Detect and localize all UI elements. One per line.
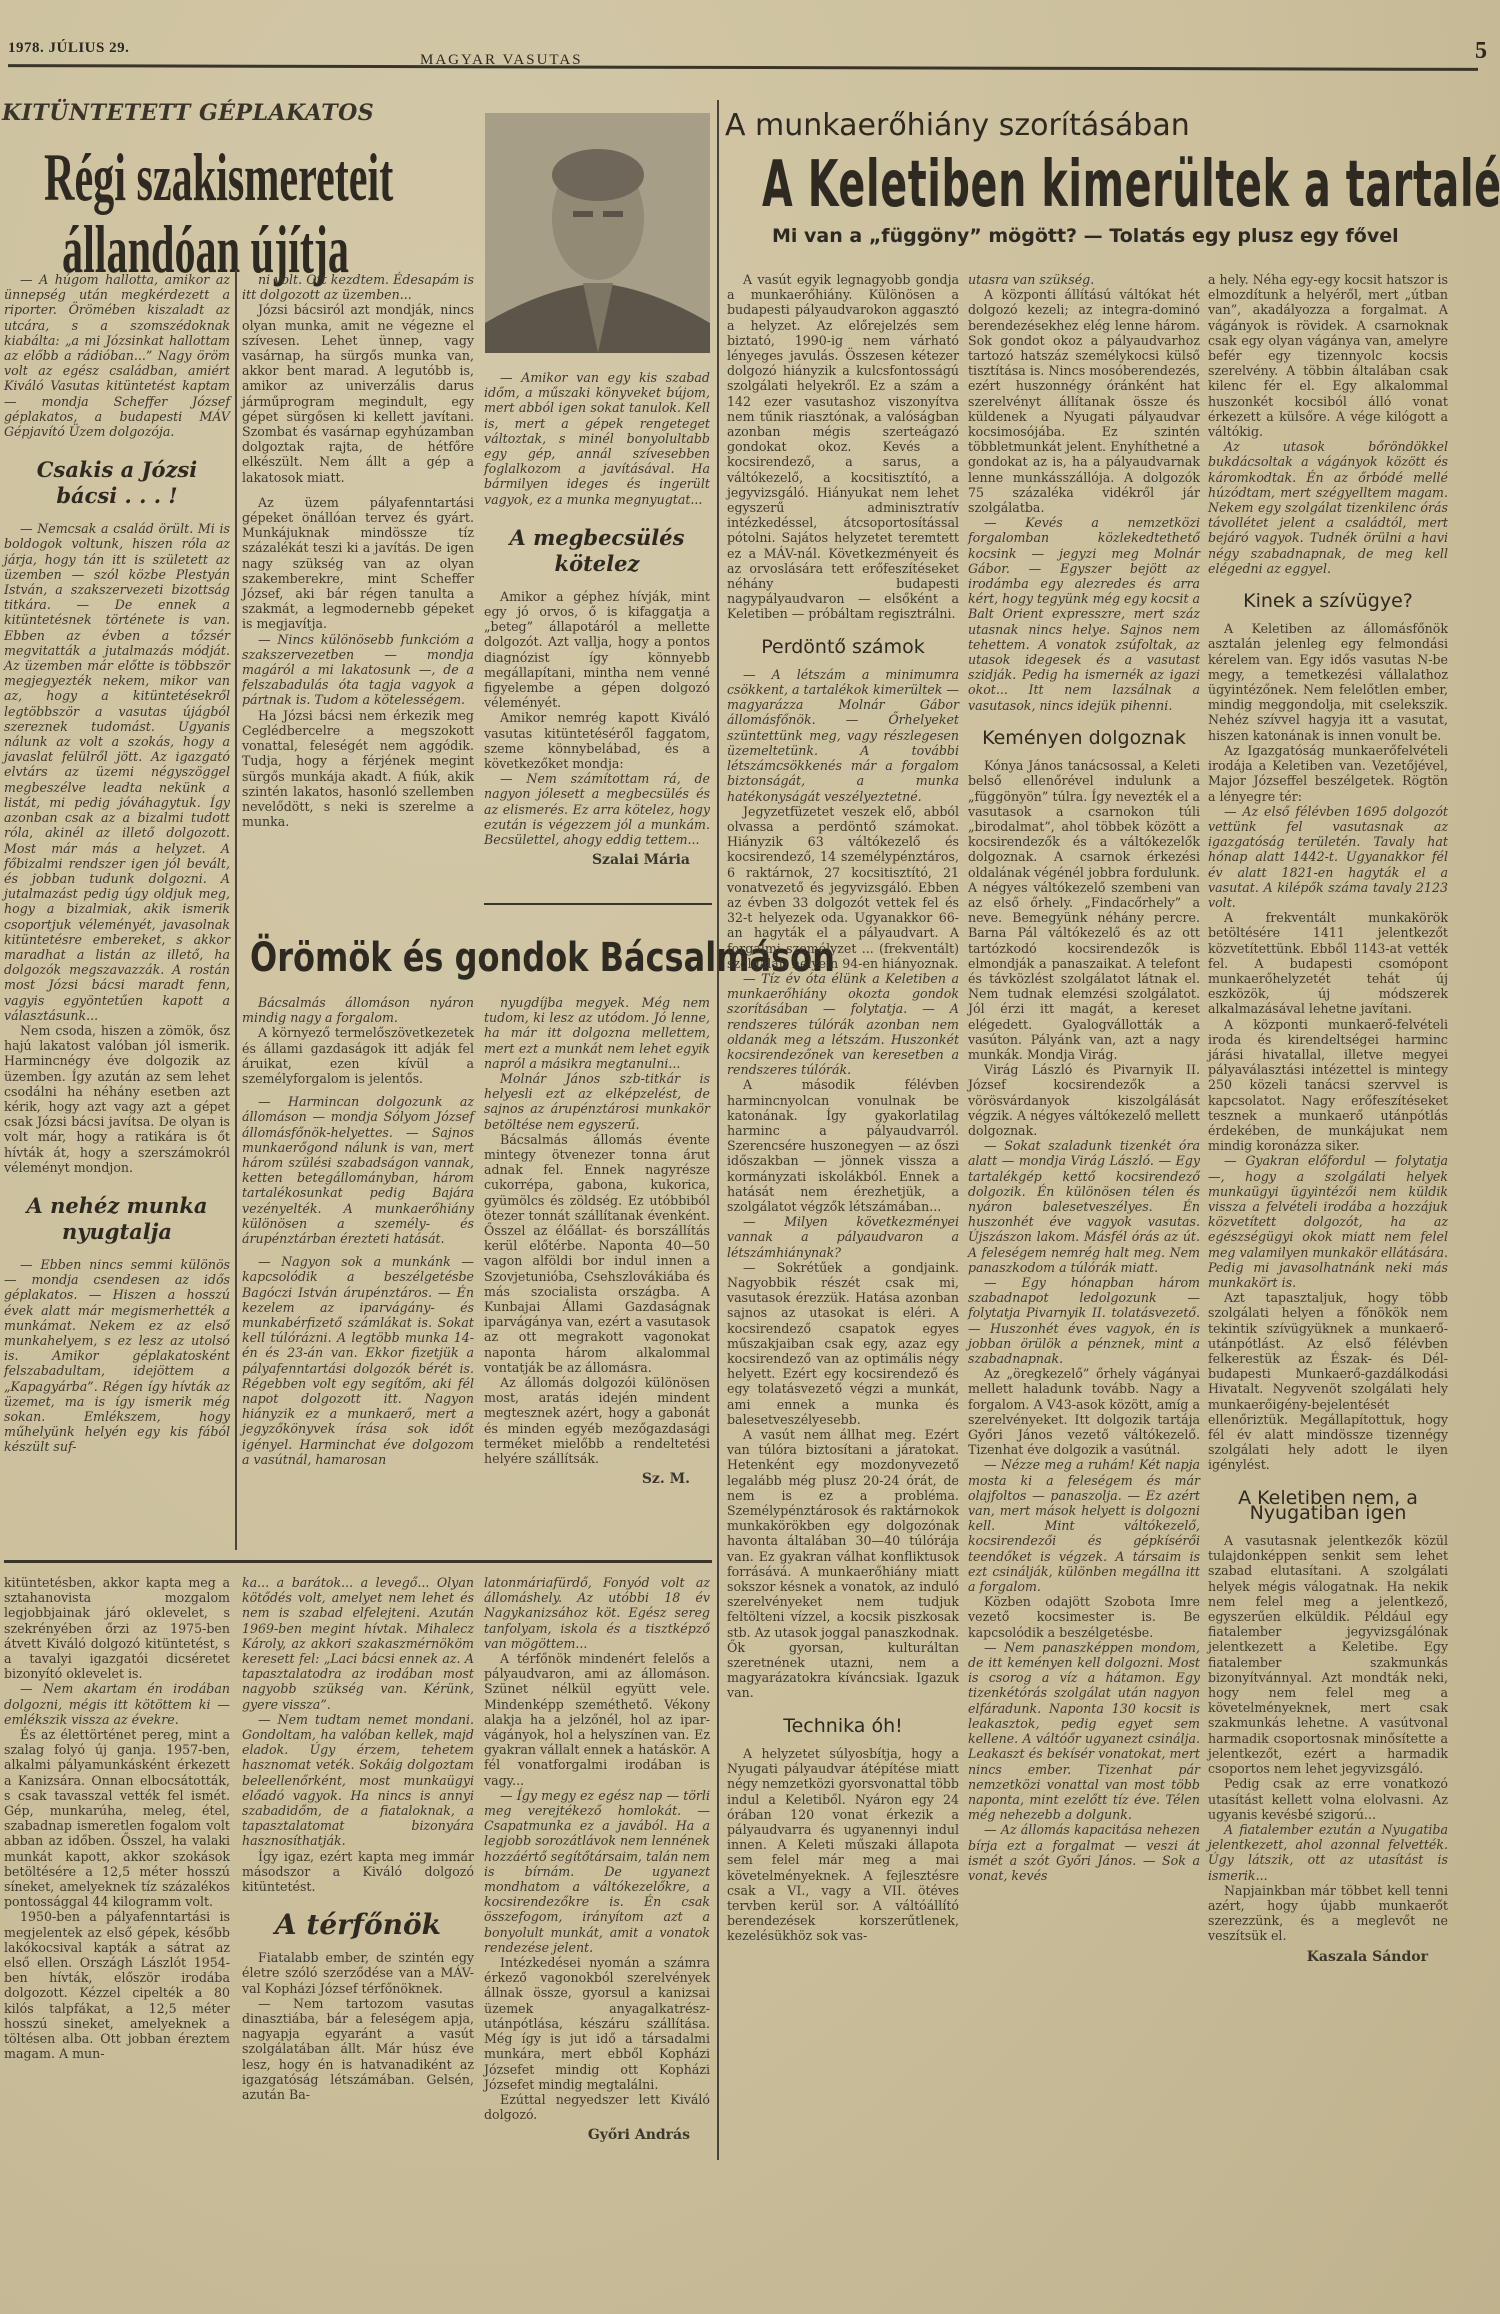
paragraph: Az utasok bőröndökkel bukdácsoltak a vág… <box>1208 439 1448 576</box>
article3-kicker: A munkaerőhiány szorításában <box>725 108 1190 143</box>
paragraph: Így igaz, ezért kapta meg immár másodszo… <box>242 1849 474 1895</box>
paragraph: Kónya János tanácsossal, a Keleti belső … <box>968 758 1200 1062</box>
article2-column1: Bácsalmás állomáson nyáron mindig nagy a… <box>242 995 474 1467</box>
article3-column1: A vasút egyik legnagyobb gondja a munkae… <box>727 272 959 1944</box>
paragraph: utasra van szükség. <box>968 272 1200 287</box>
paragraph: ni volt. Ott kezdtem. Édesapám is itt do… <box>242 272 474 302</box>
article3-column2: utasra van szükség. A központi állítású … <box>968 272 1200 1883</box>
paragraph: — Nemcsak a család örült. Mi is boldogok… <box>4 521 230 1023</box>
article2-column2: nyugdíjba megyek. Még nem tudom, ki lesz… <box>484 995 710 1488</box>
article1-column3: — Amikor van egy kis szabad időm, a műsz… <box>484 370 710 868</box>
paragraph: A második félévben harmincnyolcan vonuln… <box>727 1077 959 1214</box>
article1-byline: Szalai Mária <box>484 853 710 868</box>
article3-subtitle: Mi van a „függöny” mögött? — Tolatás egy… <box>772 225 1399 247</box>
paragraph: — Nagyon sok a munkánk — kapcsolódik a b… <box>242 1254 474 1467</box>
paragraph: nyugdíjba megyek. Még nem tudom, ki lesz… <box>484 995 710 1071</box>
paragraph: A vasút nem állhat meg. Ezért van túlóra… <box>727 1427 959 1701</box>
article2-byline: Sz. M. <box>484 1472 710 1487</box>
paragraph: — Harmincan dolgozunk az állomáson — mon… <box>242 1094 474 1246</box>
paragraph: ka... a barátok... a levegő... Olyan köt… <box>242 1575 474 1712</box>
paragraph: — Sokrétűek a gondjaink. Nagyobbik részé… <box>727 1260 959 1427</box>
paragraph: — Kevés a nemzetközi forgalomban közleke… <box>968 515 1200 713</box>
paragraph: Nem csoda, hiszen a zömök, ősz hajú laka… <box>4 1023 230 1175</box>
paragraph: Bácsalmás állomás évente mintegy ötvenez… <box>484 1132 710 1375</box>
paragraph: — Így megy ez egész nap — törli meg vere… <box>484 1788 710 1955</box>
portrait-icon <box>485 113 710 353</box>
paragraph: latonmáriafürdő, Fonyód volt az állomásh… <box>484 1575 710 1651</box>
article1-cont-column1: kitüntetésben, akkor kapta meg a sztahan… <box>4 1575 230 2062</box>
paragraph: — Ebben nincs semmi különös — mondja cse… <box>4 1257 230 1455</box>
paragraph: És az élettörténet pereg, mint a szalag … <box>4 1727 230 1909</box>
paragraph: A helyzetet súlyosbítja, hogy a Nyugati … <box>727 1746 959 1944</box>
paragraph: Amikor a géphez hívják, mint egy jó orvo… <box>484 589 710 711</box>
paragraph: Az üzem pályafenntartási gépeket önállóa… <box>242 495 474 632</box>
paragraph: 1950-ben a pályafenntartási is megjelent… <box>4 1909 230 2061</box>
paragraph: A frekventált munkakörök betöltésére 141… <box>1208 910 1448 1016</box>
paragraph: — Milyen következményei vannak a pályaud… <box>727 1214 959 1260</box>
paragraph: A Keletiben az állomásfőnök asztalán jel… <box>1208 621 1448 743</box>
paragraph: A vasutasnak jelentkezők közül tulajdonk… <box>1208 1533 1448 1776</box>
article1-subheading-csakis: Csakis a Józsi bácsi . . . ! <box>4 457 230 509</box>
paragraph: Jegyzetfüzetet veszek elő, abból olvassa… <box>727 804 959 971</box>
paragraph: A központi állítású váltókat hét dolgozó… <box>968 287 1200 515</box>
paragraph: a hely. Néha egy-egy kocsit hatszor is e… <box>1208 272 1448 439</box>
paragraph: — Sokat szaladunk tizenkét óra alatt — m… <box>968 1138 1200 1275</box>
paragraph: A fiatalember ezután a Nyugatiba jelentk… <box>1208 1822 1448 1883</box>
column-rule <box>717 100 719 2160</box>
paragraph: Napjainkban már többet kell tenni azért,… <box>1208 1883 1448 1944</box>
article1-title-line1: Régi szakismereteit <box>44 140 393 214</box>
paragraph: Józsi bácsiról azt mondják, nincs olyan … <box>242 302 474 484</box>
article3-subheading-perdonto: Perdöntő számok <box>727 640 959 655</box>
article1-cont-byline: Győri András <box>484 2128 710 2143</box>
paragraph: Molnár János szb-titkár is helyesli ezt … <box>484 1071 710 1132</box>
article1-column2: ni volt. Ott kezdtem. Édesapám is itt do… <box>242 272 474 829</box>
paragraph: A térfőnök mindenért felelős a pályaudva… <box>484 1651 710 1788</box>
paragraph: Azt tapasztaljuk, hogy több szolgálati h… <box>1208 1290 1448 1472</box>
paragraph: Bácsalmás állomáson nyáron mindig nagy a… <box>242 995 474 1025</box>
article3-subheading-kinek: Kinek a szívügye? <box>1208 594 1448 609</box>
article3-subheading-kemenyen: Keményen dolgoznak <box>968 731 1200 746</box>
paragraph: Fiatalabb ember, de szintén egy életre s… <box>242 1950 474 1996</box>
photo-caption-quote: — Amikor van egy kis szabad időm, a műsz… <box>484 370 710 507</box>
article3-byline: Kaszala Sándor <box>1208 1950 1448 1965</box>
header-rule <box>8 64 1478 71</box>
article-divider <box>484 903 712 905</box>
paragraph: — Nem számítottam rá, de nagyon jólesett… <box>484 771 710 847</box>
paragraph: — Nem tudtam nemet mondani. Gondoltam, h… <box>242 1712 474 1849</box>
paragraph: — Az első félévben 1695 dolgozót vettünk… <box>1208 804 1448 910</box>
paragraph: — Nézze meg a ruhám! Két napja mosta ki … <box>968 1457 1200 1594</box>
paragraph: — Nincs különösebb funkcióm a szakszerve… <box>242 632 474 708</box>
paragraph: Ha Józsi bácsi nem érkezik meg Cegléd­be… <box>242 708 474 830</box>
article1-cont-column2: ka... a barátok... a levegő... Olyan köt… <box>242 1575 474 2102</box>
paragraph: Pedig csak az erre vonatkozó utasítást k… <box>1208 1776 1448 1822</box>
paragraph: — A létszám a minimumra csökkent, a tart… <box>727 667 959 804</box>
newspaper-page: 1978. JÚLIUS 29. MAGYAR VASUTAS 5 KITÜNT… <box>0 0 1500 2314</box>
article1-column1: — A húgom hallotta, amikor az ünnepség u… <box>4 272 230 1455</box>
paragraph: — A húgom hallotta, amikor az ünnepség u… <box>4 272 230 439</box>
paragraph: — Egy hónapban három szabadnapot ledolgo… <box>968 1275 1200 1366</box>
paragraph: Közben odajött Szobota Imre vezető kocsi… <box>968 1594 1200 1640</box>
paragraph: — Az állomás kapacitása nehezen bírja ez… <box>968 1822 1200 1883</box>
article1-subheading-megbecsules: A megbecsülés kötelez <box>484 525 710 577</box>
article1-subheading-terfonok: A térfőnök <box>242 1912 474 1938</box>
section-divider <box>4 1560 712 1563</box>
paragraph: — Gyakran előfordul — folytatja —, hogy … <box>1208 1153 1448 1290</box>
paragraph: — Nem akartam én irodában dolgozni, mégi… <box>4 1681 230 1727</box>
paragraph: A környező termelőszövetkezetek és állam… <box>242 1025 474 1086</box>
page-number: 5 <box>1475 38 1487 65</box>
paragraph: — Nem panaszképpen mondom, de itt kemény… <box>968 1640 1200 1822</box>
article3-subheading-technika: Technika óh! <box>727 1719 959 1734</box>
column-rule <box>235 270 237 1550</box>
article1-subheading-nehez-munka: A nehéz munka nyugtalja <box>4 1193 230 1245</box>
paragraph: A vasút egyik legnagyobb gondja a munkae… <box>727 272 959 622</box>
paragraph: Virág László és Pivarnyik II. József koc… <box>968 1062 1200 1138</box>
article1-kicker: KITÜNTETETT GÉPLAKATOS <box>2 100 374 126</box>
article3-subheading-nyugati: A Keletiben nem, a Nyugatiban igen <box>1208 1491 1448 1521</box>
paragraph: A központi munkaerő-felvételi iroda és k… <box>1208 1017 1448 1154</box>
paragraph: kitüntetésben, akkor kapta meg a sztahan… <box>4 1575 230 1681</box>
portrait-photo <box>485 113 710 353</box>
article3-column3: a hely. Néha egy-egy kocsit hatszor is e… <box>1208 272 1448 1965</box>
issue-date: 1978. JÚLIUS 29. <box>8 40 129 57</box>
paragraph: Intézkedései nyomán a számra érkező vago… <box>484 1955 710 2092</box>
paragraph: — Nem tartozom vasutas dinasztiába, bár … <box>242 1996 474 2102</box>
paragraph: — Tíz év óta élünk a Keletiben a munkaer… <box>727 971 959 1077</box>
article1-cont-column3: latonmáriafürdő, Fonyód volt az állomásh… <box>484 1575 710 2144</box>
paragraph: Az Igazgatóság munkaerőfelvételi irodája… <box>1208 743 1448 804</box>
paragraph: Amikor nemrég kapott Kiváló vasutas kitü… <box>484 710 710 771</box>
paragraph: Az „öregkezelő” őrhely vágányai mellett … <box>968 1366 1200 1457</box>
paragraph: Az állomás dolgozói különösen most, arat… <box>484 1375 710 1466</box>
article3-title: A Keletiben kimerültek a tartalékok <box>762 148 1500 222</box>
paragraph: Ezúttal negyedszer lett Kiváló dolgozó. <box>484 2092 710 2122</box>
